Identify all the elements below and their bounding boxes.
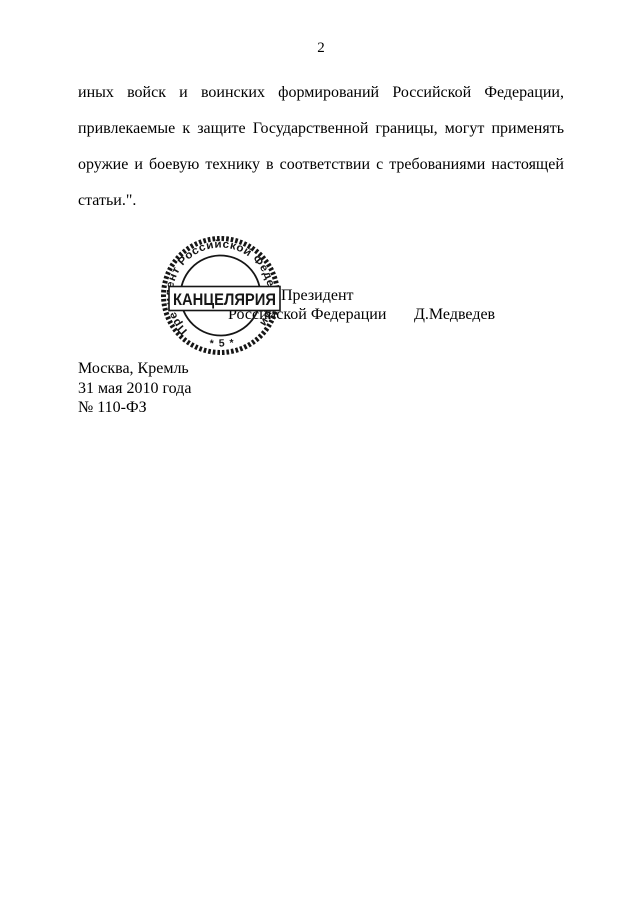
page-number: 2 [78,40,564,57]
law-number: № 110-ФЗ [78,398,191,418]
issuance-date: 31 мая 2010 года [78,379,191,399]
document-page: 2 иныхвойскивоинскихформированийРоссийск… [0,0,640,905]
document-text: иныхвойскивоинскихформированийРоссийской… [78,66,564,210]
issuance-block: Москва, Кремль 31 мая 2010 года № 110-ФЗ [78,359,191,418]
chancellery-stamp-icon: Президент Российской Федерации * 5 * КАН… [155,230,286,361]
stamp-inner-circle [179,254,262,337]
issuance-place: Москва, Кремль [78,359,191,379]
text-line: привлекаемыекзащитеГосударственнойграниц… [78,102,564,138]
signature-title-line2: Российской Федерации [228,306,386,324]
text-line: иныхвойскивоинскихформированийРоссийской… [78,66,564,102]
signatory-name: Д.Медведев [414,306,495,324]
stamp-serrated-edge [162,237,280,355]
text-line: статьи.". [78,174,564,210]
text-line: оружиеибоевуютехникувсоответствиистребов… [78,138,564,174]
signature-title-line1: Президент [281,287,354,305]
stamp-number-text: * 5 * [210,337,235,350]
